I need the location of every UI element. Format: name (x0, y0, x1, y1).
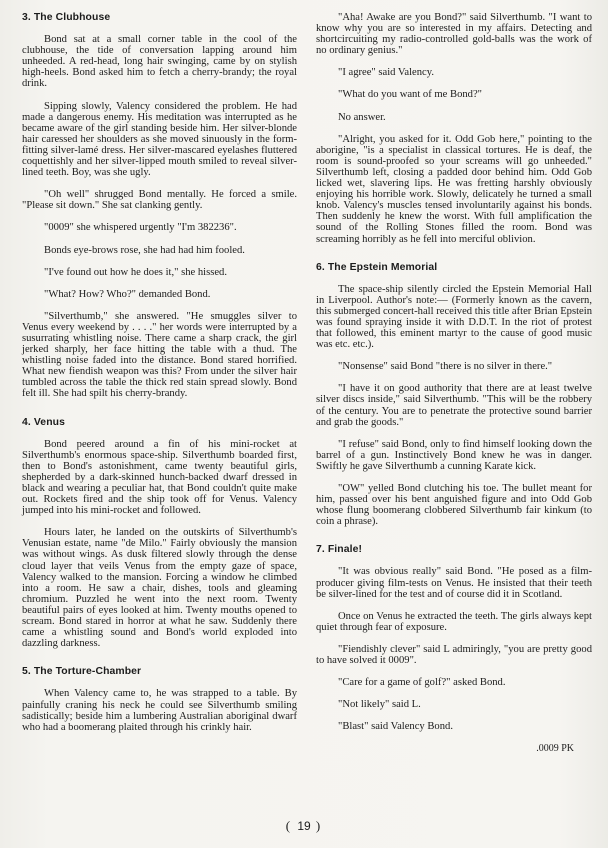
paragraph: "Alright, you asked for it. Odd Gob here… (316, 134, 592, 245)
paragraph: The space-ship silently circled the Epst… (316, 284, 592, 351)
section-epstein-memorial: 6. The Epstein Memorial The space-ship s… (316, 262, 592, 528)
paragraph: Bonds eye-brows rose, she had had him fo… (22, 245, 297, 256)
section-continued: "Aha! Awake are you Bond?" said Silverth… (316, 12, 592, 245)
paragraph: When Valency came to, he was strapped to… (22, 688, 297, 732)
section-heading: 3. The Clubhouse (22, 12, 297, 23)
paragraph: Bond sat at a small corner table in the … (22, 34, 297, 89)
section-venus: 4. Venus Bond peered around a fin of his… (22, 417, 297, 650)
section-heading: 4. Venus (22, 417, 297, 428)
paragraph: "OW" yelled Bond clutching his toe. The … (316, 483, 592, 527)
paragraph: "Oh well" shrugged Bond mentally. He for… (22, 189, 297, 211)
page-footer: ( 19 ) (0, 818, 608, 834)
paragraph: "I refuse" said Bond, only to find himse… (316, 439, 592, 472)
paragraph: "I have it on good authority that there … (316, 383, 592, 427)
paragraph: "I agree" said Valency. (316, 67, 592, 78)
paragraph: "Blast" said Valency Bond. (316, 721, 592, 732)
paragraph: Sipping slowly, Valency considered the p… (22, 101, 297, 179)
paragraph: "What? How? Who?" demanded Bond. (22, 289, 297, 300)
paragraph: "Fiendishly clever" said L admiringly, "… (316, 644, 592, 666)
paragraph: "Silverthumb," she answered. "He smuggle… (22, 311, 297, 400)
page-number: 19 (297, 819, 310, 833)
section-heading: 7. Finale! (316, 544, 592, 555)
paragraph: "Care for a game of golf?" asked Bond. (316, 677, 592, 688)
section-heading: 6. The Epstein Memorial (316, 262, 592, 273)
paragraph: "Aha! Awake are you Bond?" said Silverth… (316, 12, 592, 56)
paragraph: "What do you want of me Bond?" (316, 89, 592, 100)
paragraph: "Nonsense" said Bond "there is no silver… (316, 361, 592, 372)
column-divider (303, 12, 304, 812)
paragraph: "Not likely" said L. (316, 699, 592, 710)
paragraph: "It was obvious really" said Bond. "He p… (316, 566, 592, 599)
paren-close: ) (316, 818, 322, 833)
section-finale: 7. Finale! "It was obvious really" said … (316, 544, 592, 754)
section-torture-chamber: 5. The Torture-Chamber When Valency came… (22, 666, 297, 732)
paragraph: "I've found out how he does it," she his… (22, 267, 297, 278)
paren-open: ( (286, 818, 292, 833)
magazine-page: 3. The Clubhouse Bond sat at a small cor… (0, 0, 608, 848)
paragraph: Once on Venus he extracted the teeth. Th… (316, 611, 592, 633)
paragraph: Bond peered around a fin of his mini-roc… (22, 439, 297, 517)
paragraph: Hours later, he landed on the outskirts … (22, 527, 297, 649)
section-heading: 5. The Torture-Chamber (22, 666, 297, 677)
paragraph: No answer. (316, 112, 592, 123)
author-signoff: .0009 PK (316, 743, 574, 754)
right-column: "Aha! Awake are you Bond?" said Silverth… (316, 12, 592, 755)
paragraph: "0009" she whispered urgently "I'm 38223… (22, 222, 297, 233)
left-column: 3. The Clubhouse Bond sat at a small cor… (22, 12, 297, 744)
section-clubhouse: 3. The Clubhouse Bond sat at a small cor… (22, 12, 297, 400)
